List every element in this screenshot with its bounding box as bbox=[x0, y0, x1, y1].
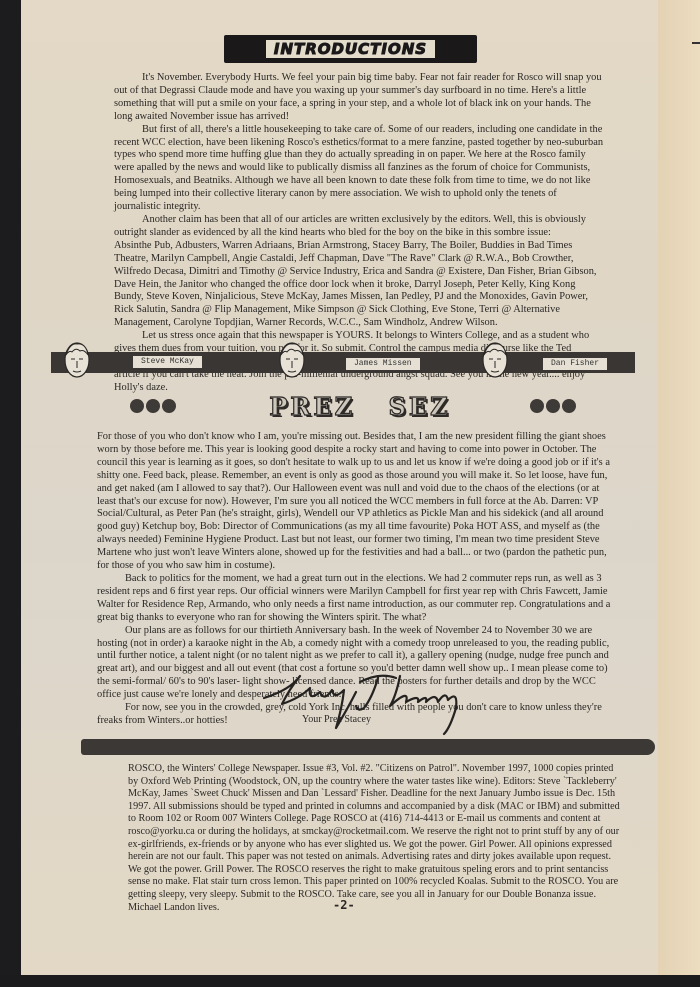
contributors-list: Absinthe Pub, Adbusters, Warren Adriaans… bbox=[114, 240, 604, 330]
prez-paragraph: Back to politics for the moment, we had … bbox=[97, 573, 617, 625]
masthead-info: ROSCO, the Winters' College Newspaper. I… bbox=[128, 763, 622, 914]
introductions-heading: INTRODUCTIONS bbox=[224, 35, 477, 63]
intro-paragraph: But first of all, there's a little house… bbox=[114, 124, 604, 214]
divider-bar bbox=[81, 739, 655, 755]
editor-name-tag: Steve McKay bbox=[133, 356, 202, 368]
editor-name-tag: Dan Fisher bbox=[543, 358, 607, 370]
masthead-text: ROSCO, the Winters' College Newspaper. I… bbox=[128, 763, 622, 914]
background-edge bbox=[0, 975, 700, 987]
introductions-article: It's November. Everybody Hurts. We feel … bbox=[114, 72, 604, 395]
intro-paragraph: It's November. Everybody Hurts. We feel … bbox=[114, 72, 604, 124]
page-fold-edge bbox=[658, 0, 700, 975]
introductions-heading-text: INTRODUCTIONS bbox=[266, 40, 435, 58]
intro-paragraph: Another claim has been that all of our a… bbox=[114, 214, 604, 240]
decorative-dots bbox=[530, 399, 576, 413]
decorative-dots bbox=[130, 399, 176, 413]
signature-image: Stacey J Barry bbox=[260, 668, 480, 738]
signature-caption: Your Prez Stacey bbox=[302, 714, 371, 725]
editor-name-tag: James Missen bbox=[346, 358, 420, 370]
page-number: -2- bbox=[333, 898, 355, 912]
fold-mark bbox=[692, 42, 700, 44]
prez-sez-heading: PREZ SEZ bbox=[250, 392, 470, 420]
editor-face-icon bbox=[277, 341, 307, 381]
prez-paragraph: For those of you who don't know who I am… bbox=[97, 431, 617, 573]
editor-face-icon bbox=[62, 341, 92, 381]
editor-face-icon bbox=[480, 341, 510, 381]
